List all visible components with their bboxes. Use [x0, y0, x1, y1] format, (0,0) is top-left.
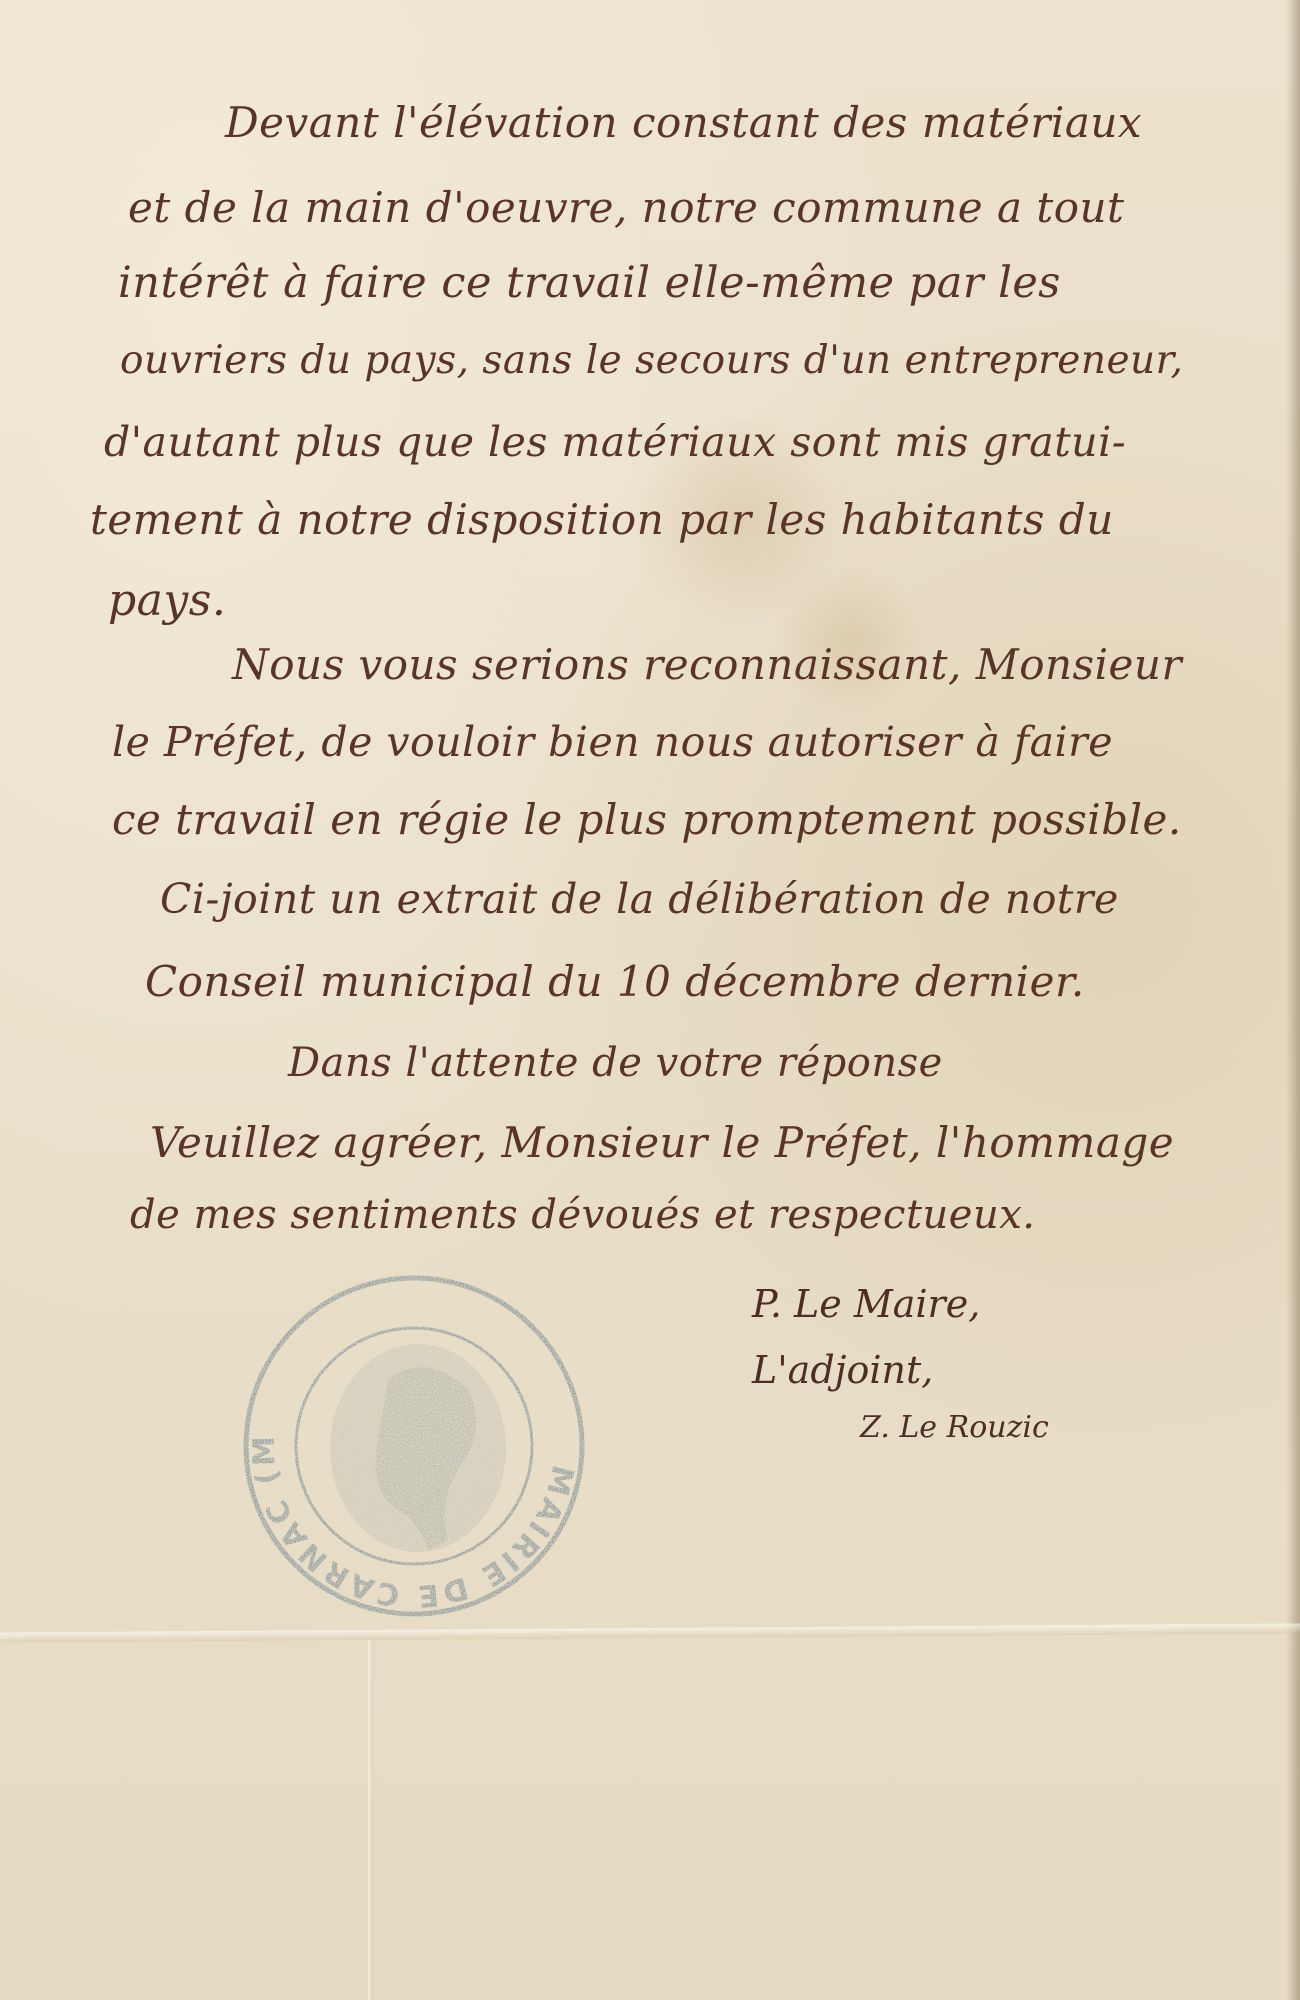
body-line-11: Ci-joint un extrait de la délibération d…: [160, 875, 1119, 923]
body-line-5: d'autant plus que les matériaux sont mis…: [104, 418, 1126, 466]
body-line-12: Conseil municipal du 10 décembre dernier…: [145, 957, 1085, 1006]
body-line-13: Dans l'attente de votre réponse: [288, 1040, 943, 1086]
fold-line-vertical: [368, 1640, 374, 2000]
paper-edge: [1286, 0, 1300, 2000]
fold-line-horizontal: [0, 1623, 1300, 1642]
signature-maire: P. Le Maire,: [752, 1282, 980, 1326]
body-line-4: ouvriers du pays, sans le secours d'un e…: [120, 338, 1183, 383]
letter-page: Devant l'élévation constant des matériau…: [0, 0, 1300, 2000]
body-line-6: tement à notre disposition par les habit…: [90, 495, 1114, 544]
signature-adjoint: L'adjoint,: [752, 1348, 933, 1392]
body-line-14: Veuillez agréer, Monsieur le Préfet, l'h…: [150, 1118, 1174, 1167]
body-line-9: le Préfet, de vouloir bien nous autorise…: [112, 718, 1113, 766]
body-line-15: de mes sentiments dévoués et respectueux…: [130, 1192, 1035, 1238]
body-line-1: Devant l'élévation constant des matériau…: [225, 98, 1142, 147]
body-line-2: et de la main d'oeuvre, notre commune a …: [128, 183, 1124, 232]
body-line-8: Nous vous serions reconnaissant, Monsieu…: [232, 640, 1182, 689]
signature-name: Z. Le Rouzic: [860, 1410, 1049, 1445]
mairie-stamp-icon: MAIRIE DE CARNAC (MORBIHAN): [238, 1270, 590, 1622]
body-line-10: ce travail en régie le plus promptement …: [112, 795, 1182, 844]
body-line-7: pays.: [108, 575, 226, 626]
body-line-3: intérêt à faire ce travail elle-même par…: [118, 258, 1061, 308]
